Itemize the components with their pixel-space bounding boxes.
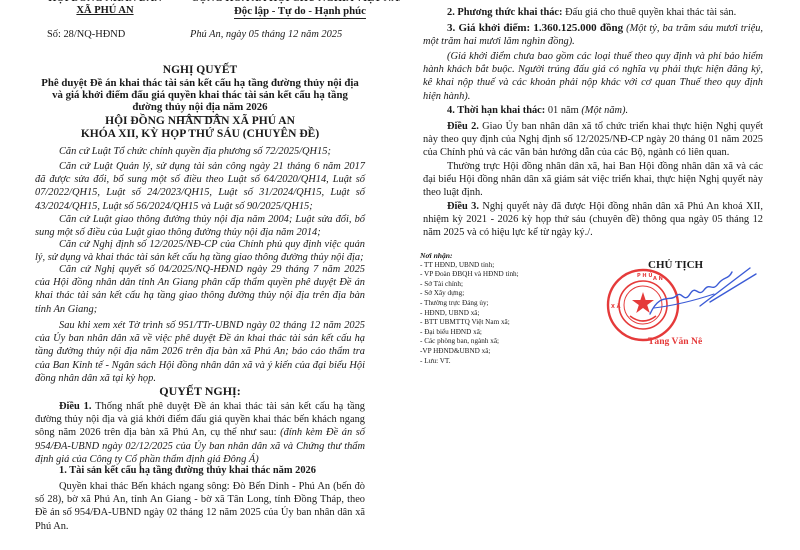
legal-basis-5: Căn cứ Nghị quyết số 04/2025/NQ-HĐND ngà… [35,263,365,316]
article-1-item-3-note: (Giá khởi điểm chưa bao gồm các loại thu… [423,50,763,103]
council-session: KHÓA XII, KỲ HỌP THỨ SÁU (CHUYÊN ĐỀ) [0,128,400,140]
legal-basis-2: Căn cứ Luật Quản lý, sử dụng tài sản côn… [35,160,365,213]
document-number: Số: 28/NQ-HĐND [47,29,125,40]
document-subtitle-3: đường thủy nội địa năm 2026 [10,101,390,114]
recipient-item: - Sở Xây dựng; [420,289,519,299]
article-2: Điều 2. Giao Ủy ban nhân dân xã tổ chức … [423,120,763,160]
recipients-list: Nơi nhận: - TT HĐND, UBND tỉnh; - VP Đoà… [420,251,519,366]
legal-basis-6: Sau khi xem xét Tờ trình số 951/TTr-UBND… [35,319,365,385]
article-1-item-2: 2. Phương thức khai thác: Đấu giá cho th… [423,6,763,19]
resolves-heading: QUYẾT NGHỊ: [0,384,400,399]
national-title: CỘNG HÒA XÃ HỘI CHỦ NGHĨA VIỆT NAM [190,0,410,4]
legal-basis-1: Căn cứ Luật Tổ chức chính quyền địa phươ… [35,145,365,158]
recipient-item: -VP HĐND&UBND xã; [420,347,519,357]
document-type: NGHỊ QUYẾT [0,64,400,76]
article-3: Điều 3. Nghị quyết này đã được Hội đồng … [423,200,763,240]
recipient-item: - HĐND, UBND xã; [420,309,519,319]
article-2-supervision: Thường trực Hội đồng nhân dân xã, hai Ba… [423,160,763,200]
article-1-item-4: 4. Thời hạn khai thác: 01 năm (Một năm). [423,104,763,117]
recipient-item: - Sở Tài chính; [420,280,519,290]
article-1: Điều 1. Thống nhất phê duyệt Đề án khai … [35,400,365,466]
recipient-item: - Lưu: VT. [420,357,519,367]
svg-text:X Ã: X Ã [611,303,621,310]
signer-name: Tăng Văn Nê [648,336,702,347]
recipient-item: - BTT UBMTTQ Việt Nam xã; [420,318,519,328]
recipient-item: - Các phòng ban, ngành xã; [420,337,519,347]
legal-basis-4: Căn cứ Nghị định số 12/2025/NĐ-CP của Ch… [35,238,365,264]
recipient-item: - TT HĐND, UBND tỉnh; [420,261,519,271]
issuer-top: HỘI ĐỒNG NHÂN DÂN [30,0,180,4]
issuer-org: XÃ PHÚ AN [30,5,180,16]
article-1-item-1-text: Quyền khai thác Bến khách ngang sông: Đò… [35,480,365,533]
national-motto: Độc lập - Tự do - Hạnh phúc [190,5,410,17]
legal-basis-3: Căn cứ Luật giao thông đường thủy nội đị… [35,213,365,239]
recipient-item: - Thường trực Đảng ủy; [420,299,519,309]
document-date: Phú An, ngày 05 tháng 12 năm 2025 [190,29,342,40]
recipients-title: Nơi nhận: [420,251,519,261]
signature-icon [640,262,760,322]
article-1-item-3: 3. Giá khởi điểm: 1.360.125.000 đồng (Mộ… [423,22,763,48]
article-1-item-1-heading: 1. Tài sản kết cấu hạ tầng đường thủy kh… [35,464,365,477]
council-name: HỘI ĐỒNG NHÂN DÂN XÃ PHÚ AN [0,115,400,127]
recipient-item: - VP Đoàn ĐBQH và HĐND tỉnh; [420,270,519,280]
recipient-item: - Đại biểu HĐND xã; [420,328,519,338]
document-page-left: HỘI ĐỒNG NHÂN DÂN XÃ PHÚ AN CỘNG HÒA XÃ … [0,0,400,550]
